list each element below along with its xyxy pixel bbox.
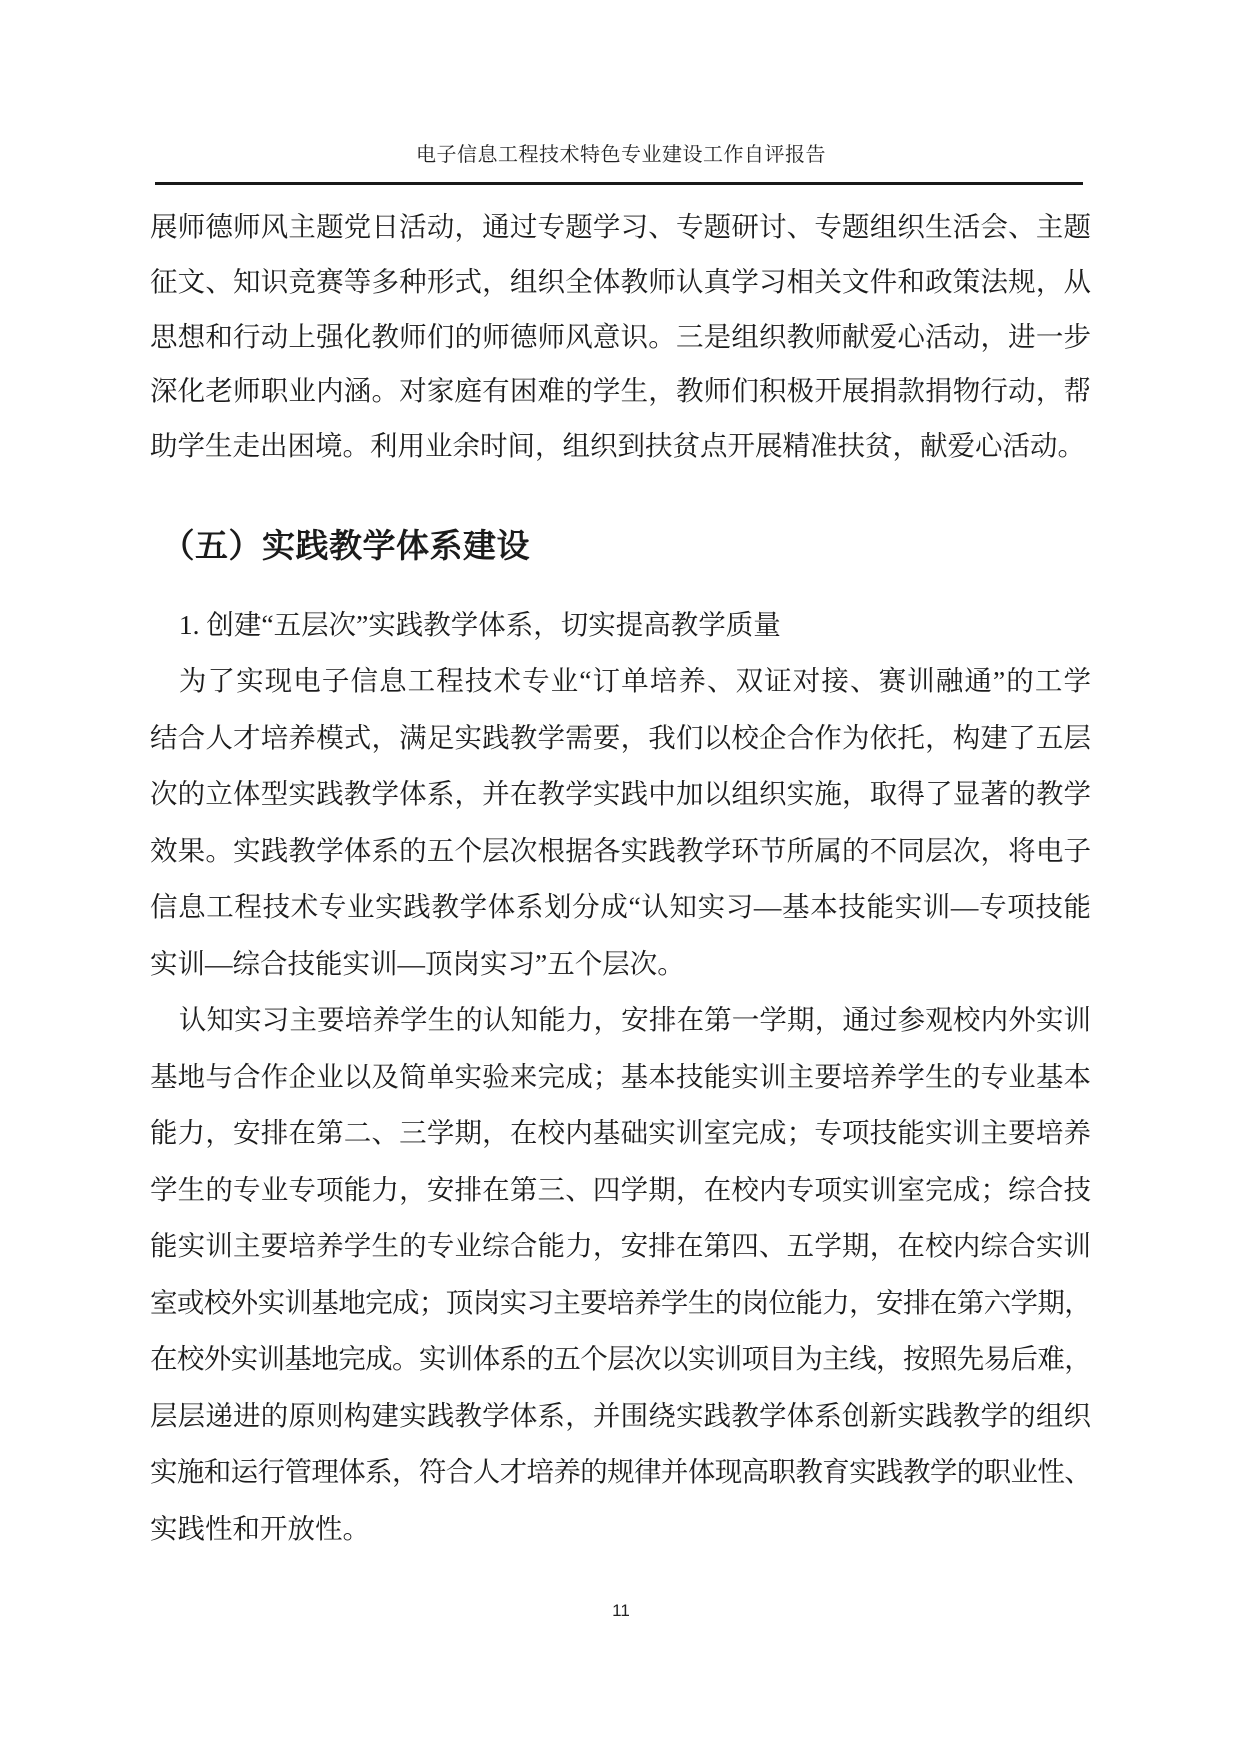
paragraph-teacher-ethics: 展师德师风主题党日活动，通过专题学习、专题研讨、专题组织生活会、主题 征文、知识…: [150, 200, 1091, 474]
page-header-title: 电子信息工程技术特色专业建设工作自评报告: [0, 141, 1242, 169]
text-line: 为了实现电子信息工程技术专业“订单培养、双证对接、赛训融通”的工学: [150, 653, 1091, 710]
text-line: 基地与合作企业以及简单实验来完成；基本技能实训主要培养学生的专业基本: [150, 1049, 1091, 1106]
paragraph-five-level-details: 认知实习主要培养学生的认知能力，安排在第一学期，通过参观校内外实训 基地与合作企…: [150, 992, 1091, 1557]
text-line: 学生的专业专项能力，安排在第三、四学期，在校内专项实训室完成；综合技: [150, 1162, 1091, 1219]
text-line: 能力，安排在第二、三学期，在校内基础实训室完成；专项技能实训主要培养: [150, 1105, 1091, 1162]
paragraph-five-level-construction: 为了实现电子信息工程技术专业“订单培养、双证对接、赛训融通”的工学 结合人才培养…: [150, 653, 1091, 992]
text-line: 认知实习主要培养学生的认知能力，安排在第一学期，通过参观校内外实训: [150, 992, 1091, 1049]
text-line: 次的立体型实践教学体系，并在教学实践中加以组织实施，取得了显著的教学: [150, 766, 1091, 823]
text-line: 助学生走出困境。利用业余时间，组织到扶贫点开展精准扶贫，献爱心活动。: [150, 419, 1091, 474]
text-line: 室或校外实训基地完成；顶岗实习主要培养学生的岗位能力，安排在第六学期，: [150, 1275, 1091, 1332]
text-line: 能实训主要培养学生的专业综合能力，安排在第四、五学期，在校内综合实训: [150, 1218, 1091, 1275]
text-line: 层层递进的原则构建实践教学体系，并围绕实践教学体系创新实践教学的组织: [150, 1388, 1091, 1445]
page-number: 11: [0, 1601, 1242, 1621]
sub-heading-five-level-system: 1. 创建“五层次”实践教学体系，切实提高教学质量: [150, 597, 1091, 654]
document-body: 展师德师风主题党日活动，通过专题学习、专题研讨、专题组织生活会、主题 征文、知识…: [150, 200, 1091, 1557]
text-line: 征文、知识竞赛等多种形式，组织全体教师认真学习相关文件和政策法规，从: [150, 255, 1091, 310]
header-divider-line: [155, 182, 1083, 185]
text-line: 效果。实践教学体系的五个层次根据各实践教学环节所属的不同层次，将电子: [150, 823, 1091, 880]
text-line: 思想和行动上强化教师们的师德师风意识。三是组织教师献爱心活动，进一步: [150, 310, 1091, 365]
text-line: 展师德师风主题党日活动，通过专题学习、专题研讨、专题组织生活会、主题: [150, 200, 1091, 255]
text-line: 信息工程技术专业实践教学体系划分成“认知实习—基本技能实训—专项技能: [150, 879, 1091, 936]
text-line: 深化老师职业内涵。对家庭有困难的学生，教师们积极开展捐款捐物行动，帮: [150, 364, 1091, 419]
section-heading-practice-teaching-system: （五）实践教学体系建设: [150, 519, 1091, 575]
text-line: 实践性和开放性。: [150, 1501, 1091, 1558]
text-line: 实施和运行管理体系，符合人才培养的规律并体现高职教育实践教学的职业性、: [150, 1444, 1091, 1501]
text-line: 实训—综合技能实训—顶岗实习”五个层次。: [150, 936, 1091, 993]
document-page: 电子信息工程技术特色专业建设工作自评报告 展师德师风主题党日活动，通过专题学习、…: [0, 0, 1242, 1755]
text-line: 结合人才培养模式，满足实践教学需要，我们以校企合作为依托，构建了五层: [150, 710, 1091, 767]
text-line: 在校外实训基地完成。实训体系的五个层次以实训项目为主线，按照先易后难，: [150, 1331, 1091, 1388]
